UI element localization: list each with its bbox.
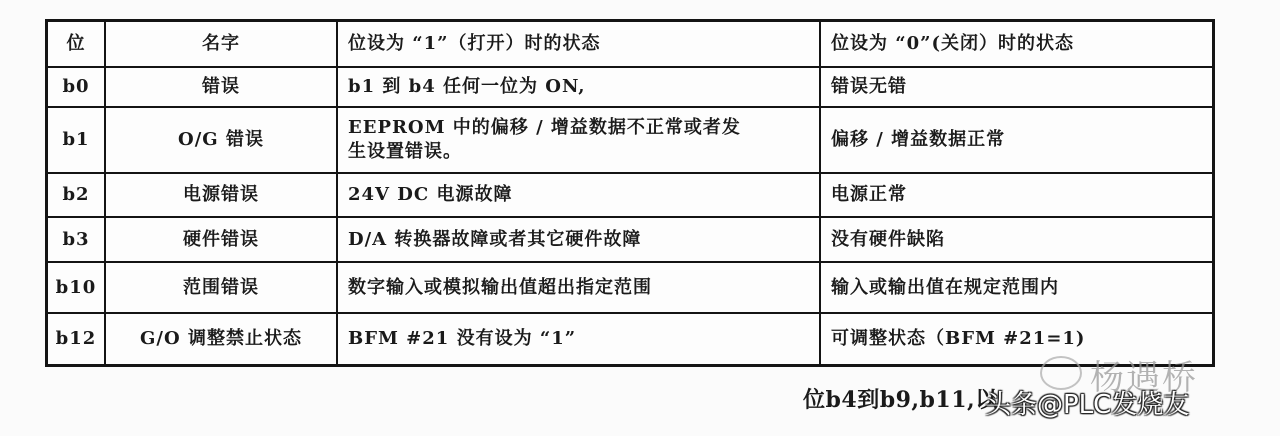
cell-off-state: 电源正常 [821, 174, 1212, 216]
cell-bit: b1 [48, 108, 106, 172]
cell-on-state: 数字输入或模拟输出值超出指定范围 [338, 263, 821, 312]
cell-name: 范围错误 [106, 263, 338, 312]
cell-off-state: 错误无错 [821, 68, 1212, 106]
cell-bit: b3 [48, 218, 106, 261]
cell-on-state: 24V DC 电源故障 [338, 174, 821, 216]
header-off-state: 位设为 “0”(关闭）时的状态 [821, 22, 1212, 66]
header-bit: 位 [48, 22, 106, 66]
header-on-state: 位设为 “1”（打开）时的状态 [338, 22, 821, 66]
table-row: b2 电源错误 24V DC 电源故障 电源正常 [48, 174, 1212, 218]
cell-on-state: BFM #21 没有设为 “1” [338, 314, 821, 364]
cell-name: G/O 调整禁止状态 [106, 314, 338, 364]
status-bit-table: 位 名字 位设为 “1”（打开）时的状态 位设为 “0”(关闭）时的状态 b0 … [45, 19, 1215, 367]
table-row: b12 G/O 调整禁止状态 BFM #21 没有设为 “1” 可调整状态（BF… [48, 314, 1212, 364]
cell-on-state: D/A 转换器故障或者其它硬件故障 [338, 218, 821, 261]
table-row: b1 O/G 错误 EEPROM 中的偏移 / 增益数据不正常或者发生设置错误。… [48, 108, 1212, 174]
table-row: b0 错误 b1 到 b4 任何一位为 ON, 错误无错 [48, 68, 1212, 108]
cell-off-state: 没有硬件缺陷 [821, 218, 1212, 261]
cell-bit: b0 [48, 68, 106, 106]
footer-note: 位b4到b9,b11,以 [803, 383, 998, 414]
cell-off-state: 输入或输出值在规定范围内 [821, 263, 1212, 312]
table-header-row: 位 名字 位设为 “1”（打开）时的状态 位设为 “0”(关闭）时的状态 [48, 22, 1212, 68]
table-row: b10 范围错误 数字输入或模拟输出值超出指定范围 输入或输出值在规定范围内 [48, 263, 1212, 314]
cell-bit: b10 [48, 263, 106, 312]
cell-bit: b12 [48, 314, 106, 364]
cell-name: 错误 [106, 68, 338, 106]
cell-on-state: EEPROM 中的偏移 / 增益数据不正常或者发生设置错误。 [338, 108, 821, 172]
cell-name: 硬件错误 [106, 218, 338, 261]
cell-on-state: b1 到 b4 任何一位为 ON, [338, 68, 821, 106]
table-row: b3 硬件错误 D/A 转换器故障或者其它硬件故障 没有硬件缺陷 [48, 218, 1212, 263]
cell-off-state: 偏移 / 增益数据正常 [821, 108, 1212, 172]
cell-name: 电源错误 [106, 174, 338, 216]
watermark-bottom: 头条@PLC发烧友 [985, 384, 1189, 421]
cell-bit: b2 [48, 174, 106, 216]
cell-name: O/G 错误 [106, 108, 338, 172]
header-name: 名字 [106, 22, 338, 66]
